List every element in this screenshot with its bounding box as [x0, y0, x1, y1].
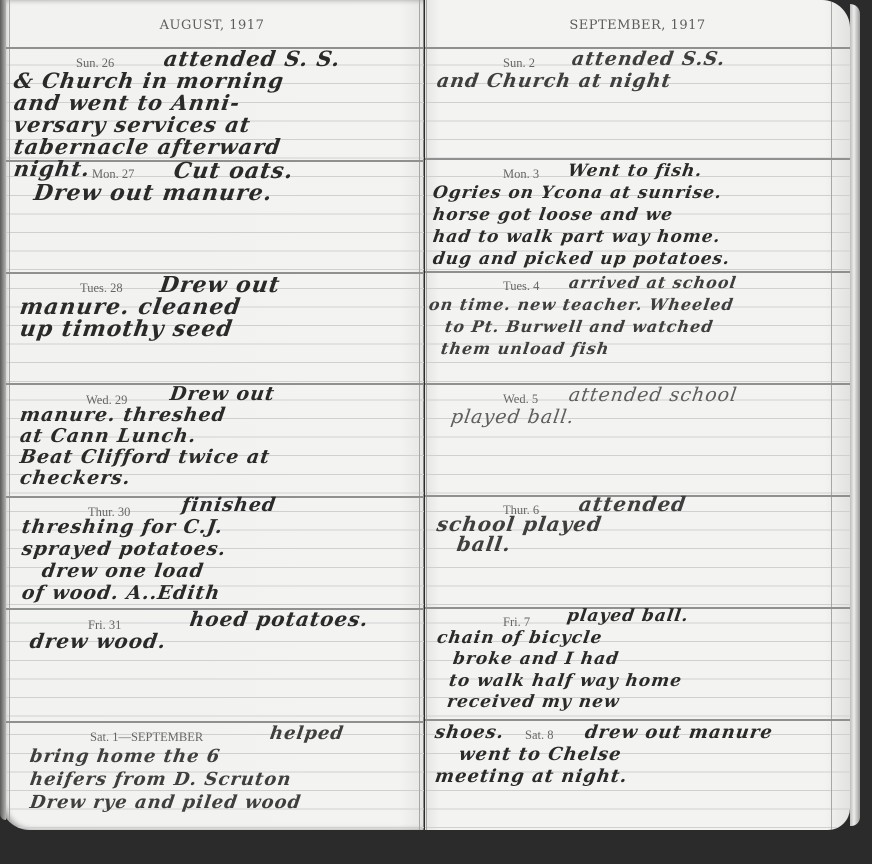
- cover-edge: [0, 0, 6, 820]
- entry-line: horse got loose and we: [431, 204, 731, 226]
- entry-line: attended school: [449, 384, 738, 406]
- entry-line: hoed potatoes.: [28, 608, 370, 630]
- entry-line: and went to Anni-: [12, 92, 342, 114]
- entry-line: school played: [436, 514, 688, 534]
- entry-line: Went to fish.: [431, 160, 731, 182]
- entry-line: dug and picked up potatoes.: [431, 248, 731, 270]
- margin-rule: [9, 0, 10, 830]
- entry-line: tabernacle afterward: [12, 136, 342, 158]
- entry-line: broke and I had: [435, 649, 690, 671]
- entry-line: up timothy seed: [18, 318, 281, 340]
- entry-line: chain of bicycle: [435, 628, 690, 650]
- entry-line: Drew out manure.: [32, 182, 295, 204]
- entry-line: manure. cleaned: [18, 296, 281, 318]
- entry-line: Drew out: [19, 384, 277, 405]
- entry-line: manure. threshed: [19, 405, 277, 426]
- margin-rule: [419, 0, 420, 830]
- entry-line: Drew out: [18, 274, 281, 296]
- diary-entry: Drew out manure. cleaned up timothy seed: [20, 274, 280, 340]
- entry-line: at Cann Lunch.: [19, 426, 277, 447]
- diary-spread: AUGUST, 1917 Sun. 26 attended S. S. & Ch…: [0, 0, 872, 864]
- entry-line: had to walk part way home.: [431, 226, 731, 248]
- entry-line: attended S. S.: [12, 48, 342, 70]
- entry-line: ball.: [436, 534, 688, 554]
- entry-line: sprayed potatoes.: [20, 538, 277, 560]
- entry-line: meeting at night.: [433, 766, 629, 788]
- entry-line: received my new: [435, 692, 690, 714]
- month-title: SEPTEMBER, 1917: [425, 18, 850, 33]
- entry-line: versary services at: [12, 114, 342, 136]
- right-page: SEPTEMBER, 1917 Sun. 2 attended S.S. and…: [425, 0, 850, 830]
- entry-line: Cut oats.: [32, 160, 295, 182]
- entry-line: drew out manure: [583, 722, 774, 744]
- entry-line: checkers.: [19, 468, 277, 489]
- entry-line: to walk half way home: [435, 671, 690, 693]
- margin-rule: [426, 0, 427, 830]
- entry-line: drew one load: [20, 560, 277, 582]
- diary-entry: Went to fish. Ogries on Ycona at sunrise…: [433, 160, 730, 270]
- diary-entry: attended S.S. and Church at night: [437, 48, 725, 92]
- left-page: AUGUST, 1917 Sun. 26 attended S. S. & Ch…: [0, 0, 424, 830]
- entry-line: Beat Clifford twice at: [19, 447, 277, 468]
- diary-entry: helped bring home the 6 heifers from D. …: [30, 722, 344, 814]
- entry-line: helped: [28, 722, 345, 745]
- diary-entry: arrived at school on time. new teacher. …: [429, 272, 737, 360]
- entry-line: to Pt. Burwell and watched: [427, 316, 738, 338]
- diary-entry: finished threshing for C.J. sprayed pota…: [22, 494, 276, 604]
- entry-line: heifers from D. Scruton: [28, 768, 345, 791]
- entry-line: Ogries on Ycona at sunrise.: [431, 182, 731, 204]
- entry-line: threshing for C.J.: [20, 516, 277, 538]
- page-edge: [850, 4, 860, 826]
- entry-line: Drew rye and piled wood: [28, 791, 345, 814]
- entry-line: on time. new teacher. Wheeled: [427, 294, 738, 316]
- section-rule: [425, 719, 850, 721]
- diary-entry: hoed potatoes. drew wood.: [30, 608, 369, 652]
- entry-line: them unload fish: [427, 338, 738, 360]
- entry-line: & Church in morning: [12, 70, 342, 92]
- entry-line: played ball.: [449, 406, 738, 428]
- diary-entry: attended school played ball.: [437, 494, 686, 554]
- entry-line: drew wood.: [28, 630, 370, 652]
- month-title: AUGUST, 1917: [0, 18, 424, 33]
- entry-line: attended S.S.: [435, 48, 726, 70]
- diary-entry: attended school played ball.: [451, 384, 737, 428]
- entry-line: went to Chelse: [433, 744, 629, 766]
- entry-line: played ball.: [435, 606, 690, 628]
- diary-entry: Drew out manure. threshed at Cann Lunch.…: [20, 384, 275, 489]
- entry-line: bring home the 6: [28, 745, 345, 768]
- entry-line: attended: [436, 494, 688, 514]
- diary-entry: shoes. drew out manure went to Chelse me…: [435, 722, 627, 788]
- entry-line: finished: [20, 494, 277, 516]
- entry-line: of wood. A..Edith: [20, 582, 277, 604]
- margin-rule: [831, 0, 832, 830]
- entry-line: arrived at school: [427, 272, 738, 294]
- entry-line: and Church at night: [435, 70, 726, 92]
- diary-entry: Cut oats. Drew out manure.: [34, 160, 293, 204]
- diary-entry: played ball. chain of bicycle broke and …: [437, 606, 689, 714]
